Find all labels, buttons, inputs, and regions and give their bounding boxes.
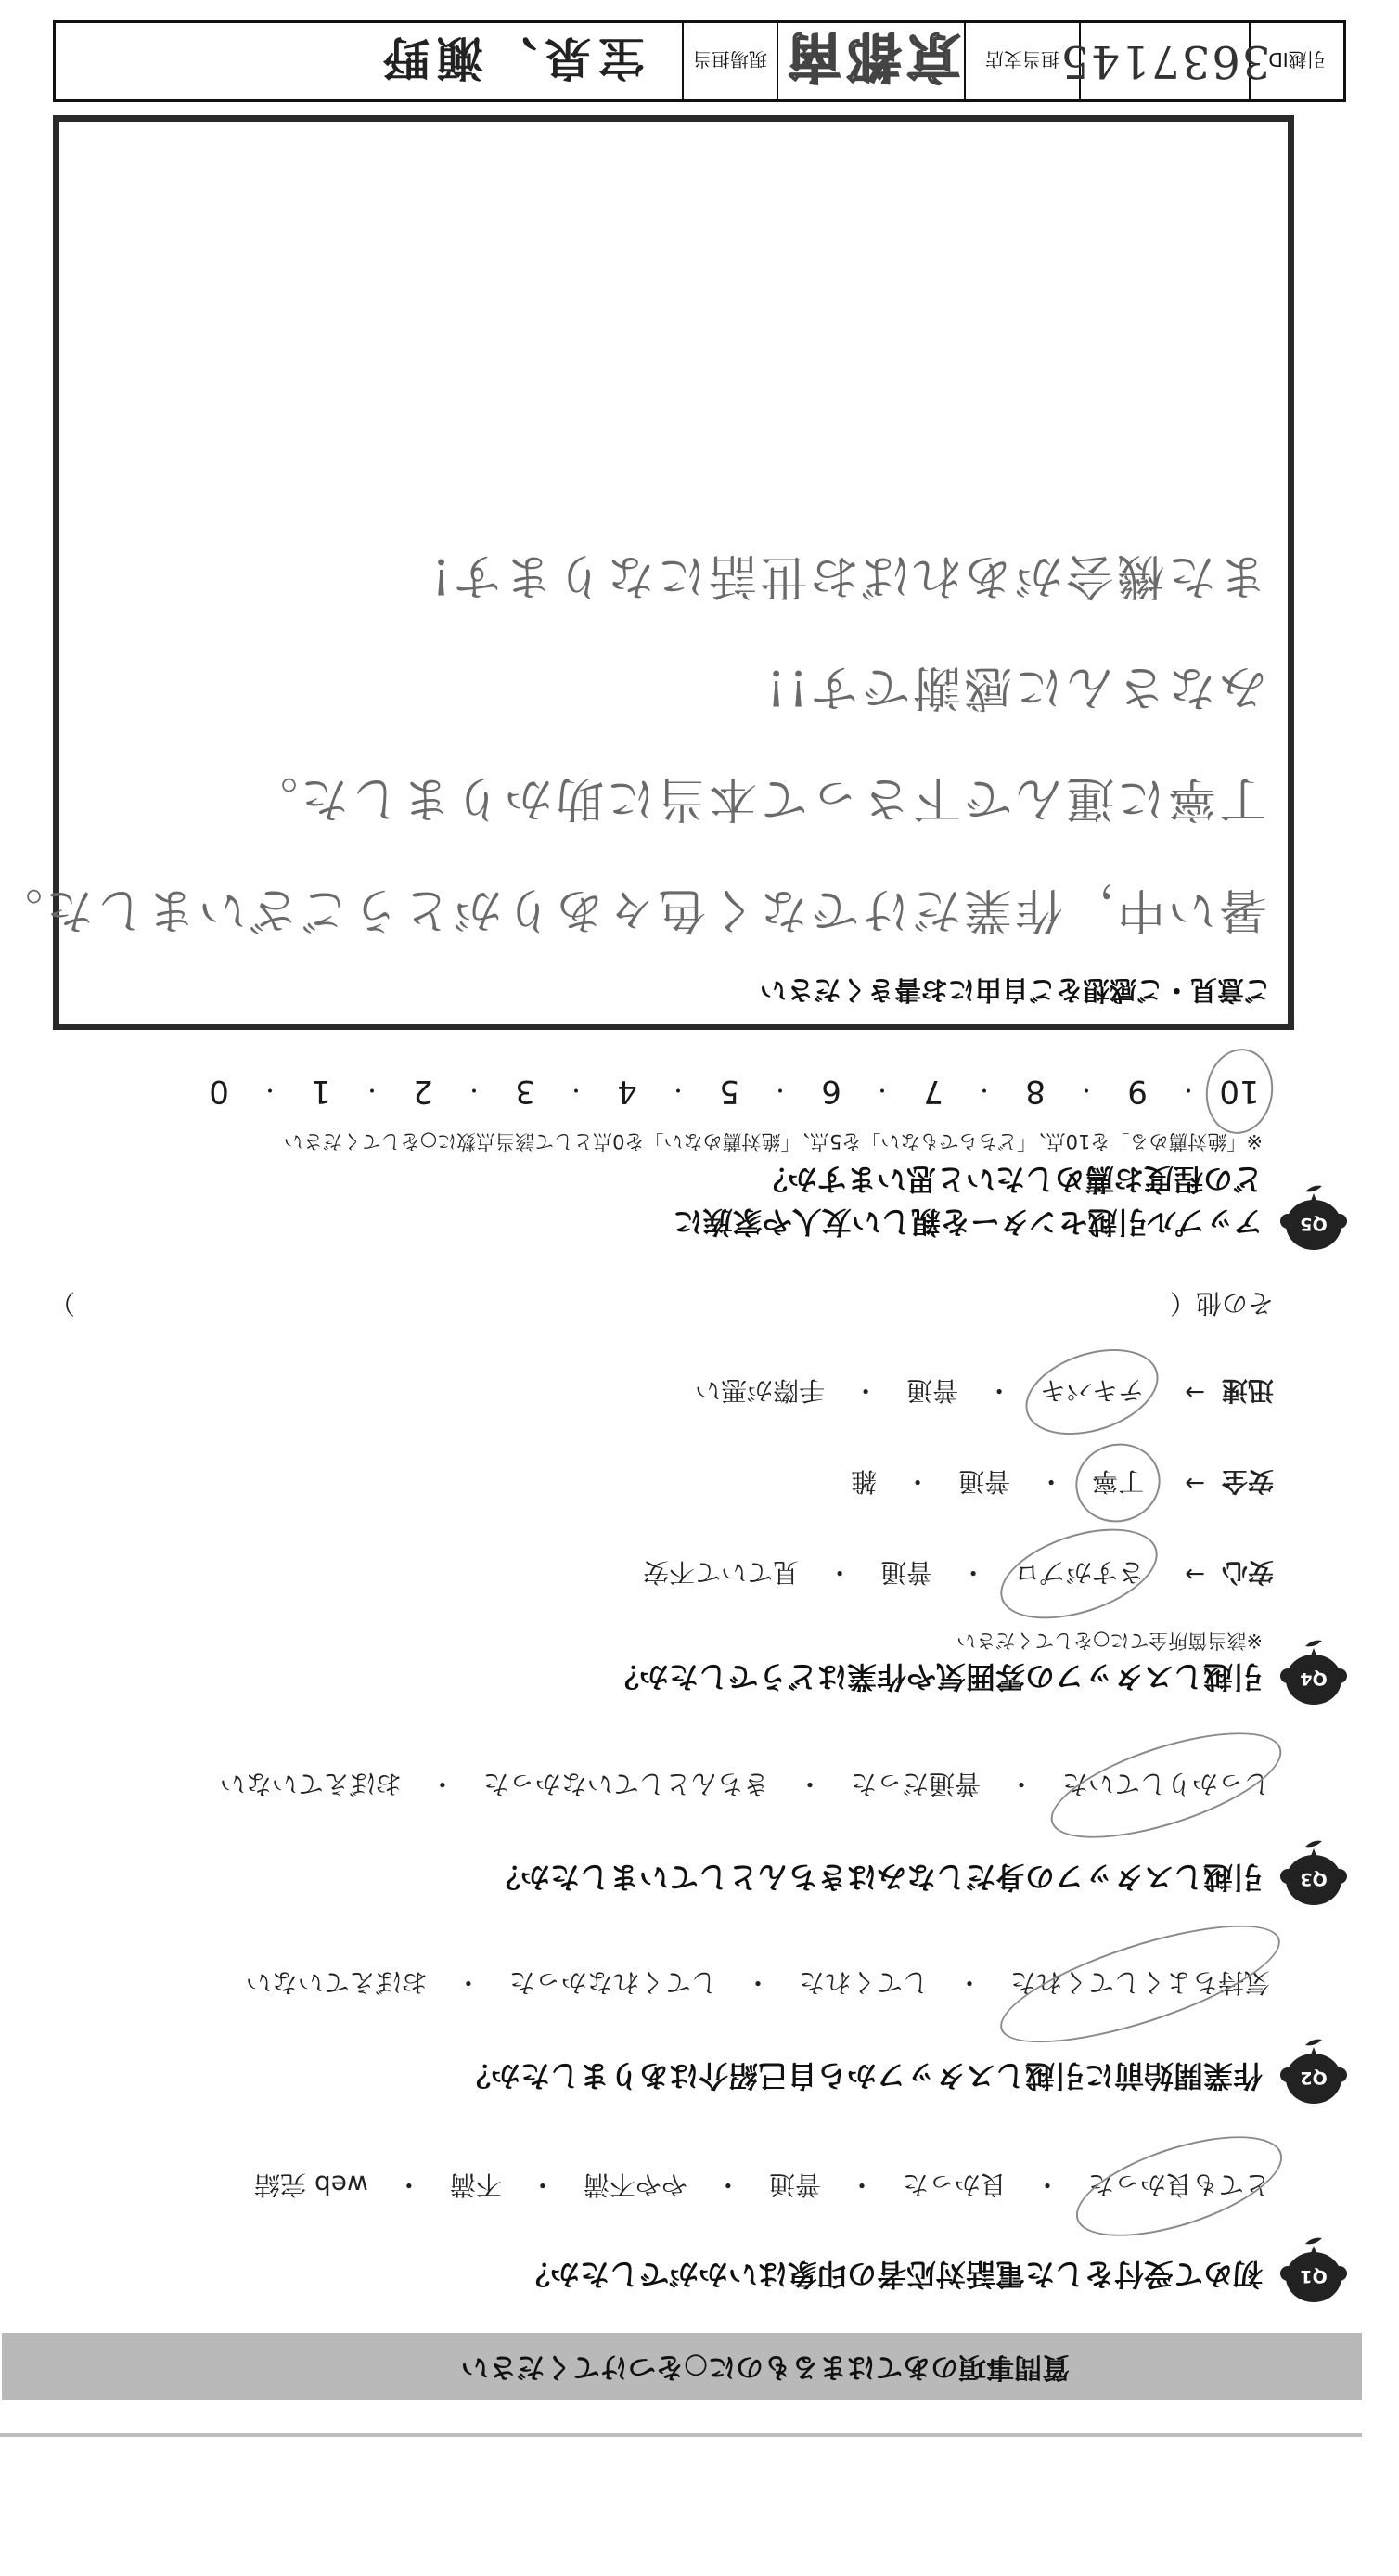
q4-apple-icon: Q4 — [1279, 1639, 1348, 1713]
q4-row-speed: 迅速 → テキパキ・ 普通・ 手際が悪い — [691, 1373, 1274, 1410]
q3-option-normal[interactable]: 普通だった — [847, 1767, 984, 1804]
score-6[interactable]: 6 — [809, 1073, 854, 1110]
comment-line: 暑い中，作業だけでなく色々ありがとうございました。 — [0, 880, 1267, 949]
q4-option-normal[interactable]: 普通 — [903, 1373, 962, 1410]
moving-id-value: 3637145 — [1059, 35, 1271, 87]
svg-text:Q5: Q5 — [1300, 1214, 1327, 1234]
moving-id-value-cell: 3637145 — [1079, 23, 1249, 99]
branch-label: 担当支店 — [985, 48, 1059, 75]
score-1[interactable]: 1 — [299, 1073, 343, 1110]
staff-label: 現場担当 — [693, 48, 767, 75]
q1-title: 初めて受付をした電話対応者の印象はいかがでしたか？ — [520, 2255, 1263, 2298]
score-4[interactable]: 4 — [605, 1073, 649, 1110]
branch-label-cell: 担当支店 — [964, 23, 1079, 99]
staff-value-cell: 宝泉、瀬野 — [56, 23, 682, 99]
q4-other-label: その他（ — [1170, 1286, 1274, 1323]
svg-text:Q3: Q3 — [1300, 1869, 1327, 1889]
q4-option-normal[interactable]: 普通 — [955, 1464, 1014, 1501]
survey-sheet: 質問事項のあてはまるものに○をつけてください Q1 初めて受付をした電話対応者の… — [0, 0, 1399, 2576]
comment-line: また機会があればお世話になります! — [429, 546, 1267, 615]
banner-text: 質問事項のあてはまるものに○をつけてください — [169, 2333, 1362, 2400]
q4-option-clumsy[interactable]: 手際が悪い — [691, 1373, 828, 1410]
staff-value: 宝泉、瀬野 — [376, 28, 645, 95]
svg-text:Q1: Q1 — [1300, 2266, 1327, 2286]
score-0[interactable]: 0 — [197, 1073, 241, 1110]
q2-option-no[interactable]: してくれなかった — [506, 1965, 721, 2003]
score-3[interactable]: 3 — [503, 1073, 547, 1110]
q4-option-normal[interactable]: 普通 — [877, 1555, 936, 1592]
q5-title-line1: アップル引越センターを親しい友人や家族に — [674, 1203, 1263, 1245]
q1-options: とても良かった・ 良かった・ 普通・ やや不満・ 不満・ web 完結 — [250, 2168, 1274, 2205]
q1-option-web-complete[interactable]: web 完結 — [250, 2168, 372, 2205]
q4-other-row: その他（ ） — [49, 1286, 1274, 1323]
q5-note: ※「絶対薦める」を10点、「どちらでもない」を5点、「絶対薦めない」を0点として… — [284, 1128, 1263, 1156]
score-2[interactable]: 2 — [401, 1073, 445, 1110]
branch-value-stamp: 京都南 — [782, 22, 960, 100]
staff-label-cell: 現場担当 — [682, 23, 777, 99]
q2-title: 作業開始前に引越しスタッフから自己紹介はありましたか？ — [461, 2056, 1263, 2099]
q2-options: 気持ちよくしてくれた・ してくれた・ してくれなかった・ おぼえていない — [242, 1965, 1274, 2003]
q2-apple-icon: Q2 — [1279, 2038, 1348, 2112]
score-5[interactable]: 5 — [707, 1073, 751, 1110]
q3-option-dont-remember[interactable]: おぼえていない — [216, 1767, 405, 1804]
q4-option-careful[interactable]: 丁寧 — [1088, 1464, 1148, 1501]
q3-apple-icon: Q3 — [1279, 1839, 1348, 1913]
arrow-icon: → — [1185, 1378, 1205, 1406]
q3-option-not-neat[interactable]: きちんとしていなかった — [480, 1767, 773, 1804]
q3-option-neat[interactable]: しっかりしていた — [1059, 1767, 1274, 1804]
q1-apple-icon: Q1 — [1279, 2236, 1348, 2311]
q4-row-reassurance: 安心 → さすがプロ・ 普通・ 見ていて不安 — [639, 1555, 1274, 1592]
q4-row-label: 安心 — [1222, 1555, 1274, 1592]
q1-option-good[interactable]: 良かった — [899, 2168, 1010, 2205]
q1-option-very-good[interactable]: とても良かった — [1085, 2168, 1274, 2205]
q5-title-line2: どの程度お薦めしたいと思いますか？ — [758, 1160, 1263, 1203]
score-10[interactable]: 10 — [1217, 1073, 1262, 1110]
arrow-icon: → — [1185, 1560, 1205, 1588]
q4-option-professional[interactable]: さすがプロ — [1010, 1555, 1148, 1592]
q4-option-efficient[interactable]: テキパキ — [1036, 1373, 1148, 1410]
q1-option-somewhat-dissatisfied[interactable]: やや不満 — [580, 2168, 691, 2205]
paper-edge — [0, 2433, 1362, 2437]
q5-score-scale: 10・ 9・ 8・ 7・ 6・ 5・ 4・ 3・ 2・ 1・ 0 — [197, 1073, 1262, 1110]
arrow-icon: → — [1185, 1469, 1205, 1497]
q4-title: 引越しスタッフの雰囲気や作業はどうでしたか？ — [610, 1657, 1263, 1700]
svg-text:Q4: Q4 — [1300, 1668, 1327, 1689]
q2-option-dont-remember[interactable]: おぼえていない — [242, 1965, 431, 2003]
q4-other-close: ） — [49, 1286, 75, 1323]
q4-row-label: 迅速 — [1222, 1373, 1274, 1410]
q4-option-rough[interactable]: 雑 — [847, 1464, 880, 1501]
score-7[interactable]: 7 — [911, 1073, 956, 1110]
instruction-banner: 質問事項のあてはまるものに○をつけてください — [2, 2333, 1362, 2400]
moving-id-label: 引越ID — [1268, 48, 1325, 75]
comment-line: みなさんに感謝です!! — [764, 657, 1267, 727]
q3-title: 引越しスタッフの身だしなみはきちんとしていましたか？ — [491, 1858, 1263, 1900]
q3-options: しっかりしていた・ 普通だった・ きちんとしていなかった・ おぼえていない — [216, 1767, 1274, 1804]
info-table: 引越ID 3637145 担当支店 京都南 現場担当 宝泉、瀬野 — [53, 20, 1346, 102]
q5-apple-icon: Q5 — [1279, 1184, 1348, 1258]
svg-text:Q2: Q2 — [1300, 2067, 1327, 2088]
branch-value-cell: 京都南 — [777, 23, 964, 99]
q1-option-dissatisfied[interactable]: 不満 — [446, 2168, 506, 2205]
score-9[interactable]: 9 — [1115, 1073, 1160, 1110]
comment-line: 丁寧に運んで下さって本当に助かりました。 — [247, 768, 1267, 838]
q4-option-worrying[interactable]: 見ていて不安 — [639, 1555, 802, 1592]
q4-note: ※該当箇所全てに○をしてください — [956, 1628, 1263, 1655]
q4-row-safety: 安全 → 丁寧・ 普通・ 雑 — [847, 1464, 1274, 1501]
score-8[interactable]: 8 — [1013, 1073, 1058, 1110]
comment-box[interactable]: ご意見・ご感想をご自由にお書きください 暑い中，作業だけでなく色々ありがとうござ… — [53, 115, 1294, 1030]
q2-option-yes[interactable]: してくれた — [795, 1965, 932, 2003]
q2-option-pleasantly[interactable]: 気持ちよくしてくれた — [1007, 1965, 1274, 2003]
q1-option-normal[interactable]: 普通 — [765, 2168, 825, 2205]
comment-heading: ご意見・ご感想をご自由にお書きください — [760, 972, 1271, 1011]
q4-row-label: 安全 — [1222, 1464, 1274, 1501]
